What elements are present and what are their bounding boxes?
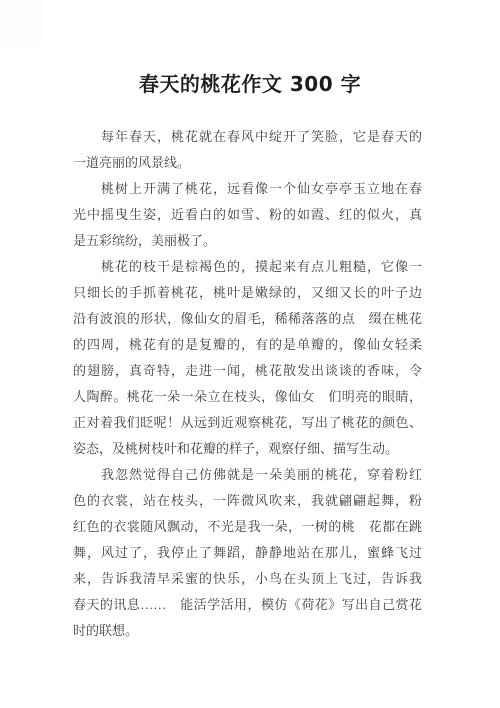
essay-paragraph: 桃花的枝干是棕褐色的，摸起来有点儿粗糙，它像一只细长的手抓着桃花，桃叶是嫩绿的，… <box>73 254 422 462</box>
essay-line: 人陶醉。桃花一朵一朵立在枝头，像仙女 们明亮的眼睛， <box>73 384 422 410</box>
essay-line: 沿有波浪的形状，像仙女的眉毛，稀稀落落的点 缀在桃花 <box>73 306 422 332</box>
essay-line: 舞，风过了，我停止了舞蹈，静静地站在那儿，蜜蜂飞过 <box>73 540 422 566</box>
document-page: 春天的桃花作文 300 字 每年春天，桃花就在春风中绽开了笑脸，它是春天的一道亮… <box>0 0 500 708</box>
essay-line: 一道亮丽的风景线。 <box>73 150 422 176</box>
essay-line: 正对着我们眨呢！从远到近观察桃花，写出了桃花的颜色、 <box>73 410 422 436</box>
essay-line: 春天的讯息…… 能活学活用，模仿《荷花》写出自己赏花 <box>73 592 422 618</box>
essay-line: 桃树上开满了桃花，远看像一个仙女亭亭玉立地在春 <box>73 176 422 202</box>
essay-line: 每年春天，桃花就在春风中绽开了笑脸，它是春天的 <box>73 124 422 150</box>
essay-line: 的翅膀，真奇特，走进一闻，桃花散发出谈谈的香味，令 <box>73 358 422 384</box>
scan-corner-artifact <box>0 0 42 46</box>
essay-line: 姿态，及桃树枝叶和花瓣的样子，观察仔细、描写生动。 <box>73 436 422 462</box>
essay-line: 只细长的手抓着桃花，桃叶是嫩绿的，又细又长的叶子边 <box>73 280 422 306</box>
essay-line: 色的衣裳，站在枝头，一阵微风吹来，我就翩翩起舞，粉 <box>73 488 422 514</box>
essay-line: 红色的衣裳随风飘动，不光是我一朵，一树的桃 花都在跳 <box>73 514 422 540</box>
essay-line: 我忽然觉得自己仿佛就是一朵美丽的桃花，穿着粉红 <box>73 462 422 488</box>
essay-paragraph: 每年春天，桃花就在春风中绽开了笑脸，它是春天的一道亮丽的风景线。 <box>73 124 422 176</box>
essay-line: 是五彩缤纷，美丽极了。 <box>73 228 422 254</box>
essay-line: 来，告诉我清早采蜜的快乐，小鸟在头顶上飞过，告诉我 <box>73 566 422 592</box>
essay-line: 时的联想。 <box>73 618 422 644</box>
essay-paragraph: 桃树上开满了桃花，远看像一个仙女亭亭玉立地在春光中摇曳生姿，近看白的如雪、粉的如… <box>73 176 422 254</box>
essay-paragraph: 我忽然觉得自己仿佛就是一朵美丽的桃花，穿着粉红色的衣裳，站在枝头，一阵微风吹来，… <box>73 462 422 644</box>
essay-line: 光中摇曳生姿，近看白的如雪、粉的如霞、红的似火，真 <box>73 202 422 228</box>
essay-title: 春天的桃花作文 300 字 <box>0 69 500 99</box>
essay-body: 每年春天，桃花就在春风中绽开了笑脸，它是春天的一道亮丽的风景线。 桃树上开满了桃… <box>73 124 422 644</box>
essay-line: 的四周，桃花有的是复瓣的，有的是单瓣的，像仙女轻柔 <box>73 332 422 358</box>
essay-line: 桃花的枝干是棕褐色的，摸起来有点儿粗糙，它像一 <box>73 254 422 280</box>
